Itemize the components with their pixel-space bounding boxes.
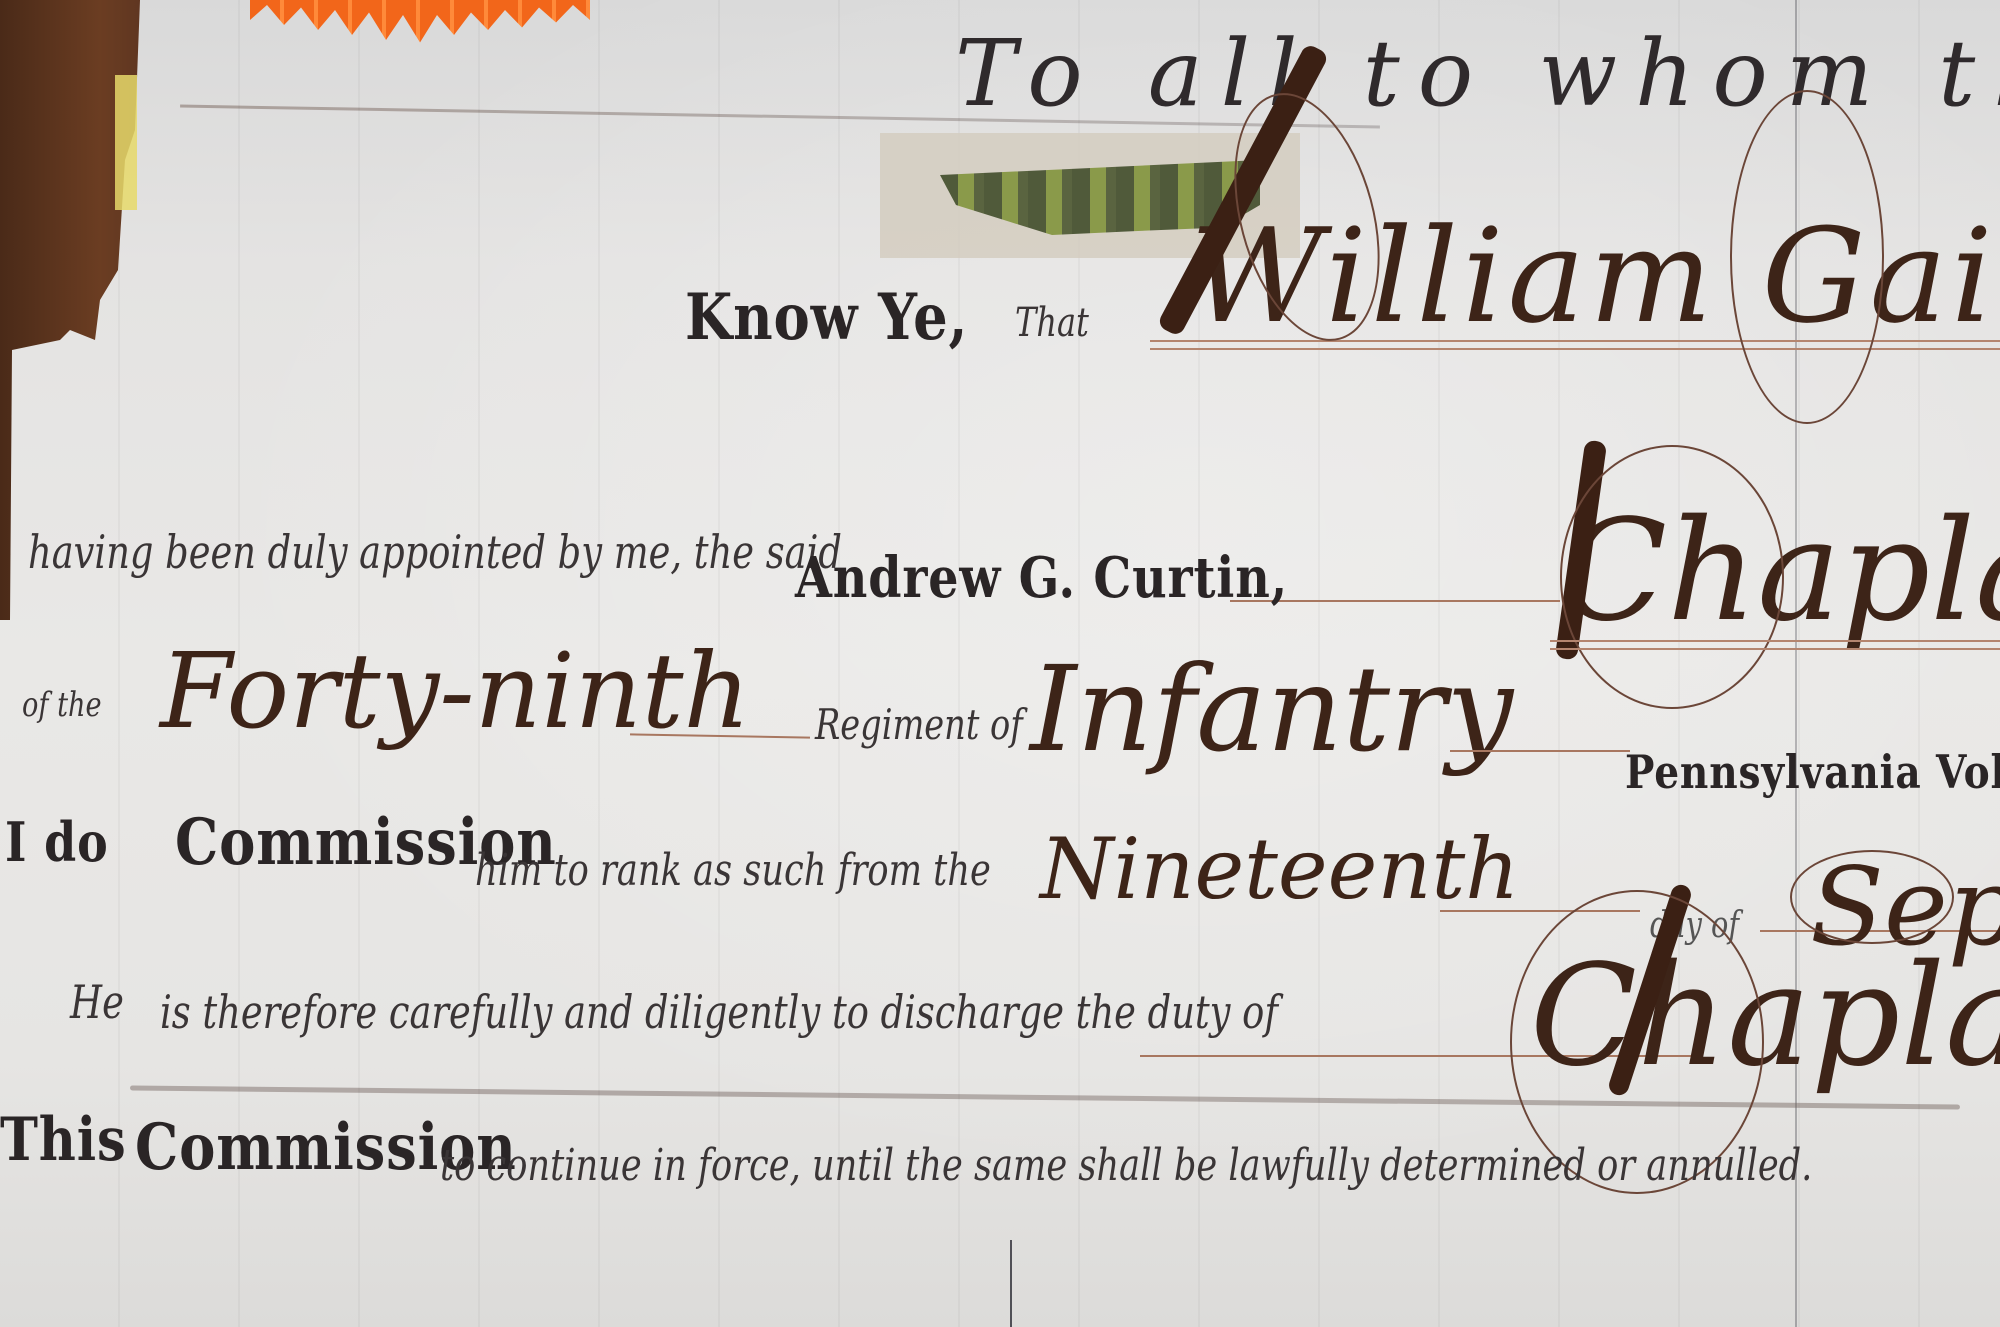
i-do: I do [5, 810, 109, 874]
this-word: This [0, 1105, 127, 1175]
branch-rule [1450, 750, 1630, 752]
duty-phrase: is therefore carefully and diligently to… [160, 985, 1278, 1039]
know-ye: Know Ye, [685, 280, 968, 355]
flourish-loop [1790, 850, 1954, 944]
of-the-label: of the [22, 685, 102, 725]
flourish-loop [1560, 445, 1784, 709]
branch: Infantry [1030, 640, 1513, 778]
duty-lead: He [70, 975, 124, 1029]
rank-phrase: him to rank as such from the [475, 845, 991, 896]
governor-name: Andrew G. Curtin, [795, 545, 1288, 611]
state-units: Pennsylvania Volu [1625, 745, 2000, 799]
tape-strip [115, 75, 137, 210]
closing-text: to continue in force, until the same sha… [440, 1140, 1812, 1191]
appointed-text: having been duly appointed by me, the sa… [28, 525, 842, 579]
that-label: That [1015, 300, 1089, 346]
rank-rule [1550, 640, 2000, 650]
day-value: Nineteenth [1040, 820, 1519, 918]
flourish-loop [1730, 90, 1884, 424]
regiment-of-label: Regiment of [815, 700, 1023, 749]
fold-line [1010, 1240, 1012, 1327]
